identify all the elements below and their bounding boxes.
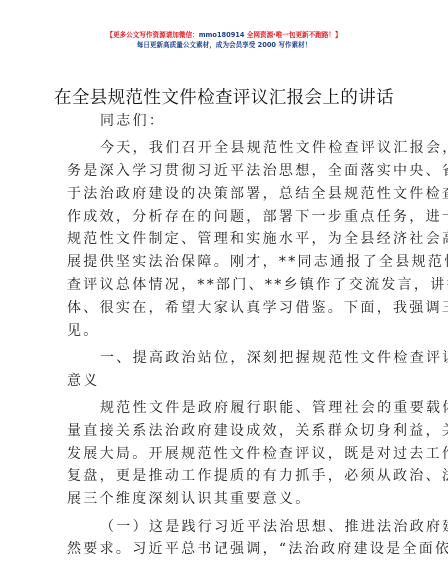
text-line: 规范性文件制定、管理和实施水平，为全县经济社会高质量发 xyxy=(67,228,385,251)
promo-wechat-id: mmo180914 xyxy=(199,31,247,39)
text-line: 发展大局。开展规范性文件检查评议，既是对过去工作的全面 xyxy=(67,443,385,466)
text-line: 体、很实在，希望大家认真学习借鉴。下面，我强调三点意 xyxy=(67,297,385,320)
text-line: 于法治政府建设的决策部署，总结全县规范性文件检查评议工 xyxy=(67,183,385,206)
paragraph-subpoint-1: （一）这是践行习近平法治思想、推进法治政府建设的必 然要求。习近平总书记强调，“… xyxy=(67,516,385,562)
text-line: 展三个维度深刻认识其重要意义。 xyxy=(67,488,385,511)
text-line: （一）这是践行习近平法治思想、推进法治政府建设的必 xyxy=(67,516,385,539)
text-line: 务是深入学习贯彻习近平法治思想，全面落实中央、省、市关 xyxy=(67,160,385,183)
section-heading-1: 一、提高政治站位，深刻把握规范性文件检查评议的三重 意义 xyxy=(67,347,385,393)
text-line: 展提供坚实法治保障。刚才，**同志通报了全县规范性文件检 xyxy=(67,251,385,274)
salutation: 同志们： xyxy=(67,110,385,133)
text-line: 见。 xyxy=(67,320,385,343)
heading-line: 一、提高政治站位，深刻把握规范性文件检查评议的三重 xyxy=(67,347,385,370)
text-line: 作成效，分析存在的问题，部署下一步重点任务，进一步提升 xyxy=(67,206,385,229)
text-line: 今天，我们召开全县规范性文件检查评议汇报会，主要任 xyxy=(67,137,385,160)
promo-text-red-2: 全网资源·唯一包更新不跑路！】 xyxy=(247,31,342,39)
promo-line-membership: 每日更新高质量公文素材，成为会员享受 2000 写作素材！ xyxy=(0,41,448,49)
document-body: 同志们： 今天，我们召开全县规范性文件检查评议汇报会，主要任 务是深入学习贯彻习… xyxy=(67,110,385,561)
paragraph-significance: 规范性文件是政府履行职能、管理社会的重要载体，其质 量直接关系法治政府建设成效，… xyxy=(67,397,385,511)
text-line: 复盘，更是推动工作提质的有力抓手，必须从政治、法治、发 xyxy=(67,465,385,488)
text-line: 查评议总体情况，**部门、**乡镇作了交流发言，讲得都很具 xyxy=(67,274,385,297)
promo-text-red: 【更多公文写作资源请加微信： xyxy=(106,31,198,39)
text-line: 量直接关系法治政府建设成效，关系群众切身利益，关系县域 xyxy=(67,420,385,443)
heading-line: 意义 xyxy=(67,370,385,393)
paragraph-intro: 今天，我们召开全县规范性文件检查评议汇报会，主要任 务是深入学习贯彻习近平法治思… xyxy=(67,137,385,342)
page-number: 1 xyxy=(0,542,448,552)
promo-line-wechat: 【更多公文写作资源请加微信：mmo180914 全网资源·唯一包更新不跑路！】 xyxy=(0,31,448,39)
document-title: 在全县规范性文件检查评议汇报会上的讲话 xyxy=(0,86,448,110)
text-line: 规范性文件是政府履行职能、管理社会的重要载体，其质 xyxy=(67,397,385,420)
